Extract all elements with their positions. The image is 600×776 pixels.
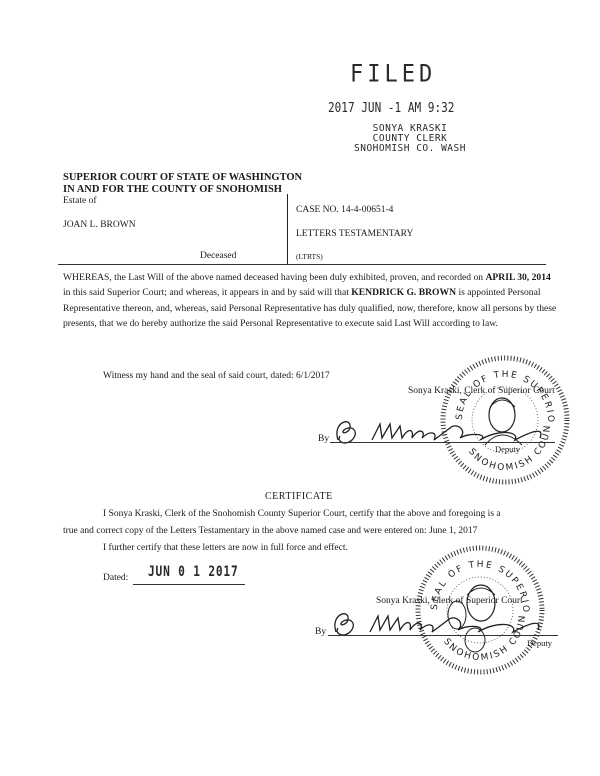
decedent-name: JOAN L. BROWN <box>63 220 136 230</box>
body-text: in this said Superior Court; and whereas… <box>63 287 351 298</box>
signature-line <box>328 635 558 636</box>
dated-line <box>133 584 245 585</box>
deputy-label: Deputy <box>495 444 520 454</box>
certificate-line: I further certify that these letters are… <box>103 543 348 553</box>
witness-statement: Witness my hand and the seal of said cou… <box>103 371 330 381</box>
court-name: SUPERIOR COURT OF STATE OF WASHINGTON <box>63 172 302 184</box>
document-code: (LTRTS) <box>296 252 323 261</box>
by-label: By <box>315 627 326 637</box>
deputy-label: Deputy <box>527 638 552 648</box>
certificate-line: I Sonya Kraski, Clerk of the Snohomish C… <box>103 509 501 519</box>
estate-of-label: Estate of <box>63 196 97 206</box>
by-label: By <box>318 434 329 444</box>
body-text: WHEREAS, the Last Will of the above name… <box>63 272 486 283</box>
certificate-line: true and correct copy of the Letters Tes… <box>63 526 477 536</box>
will-recorded-date: APRIL 30, 2014 <box>486 272 551 283</box>
letters-body: WHEREAS, the Last Will of the above name… <box>63 270 558 331</box>
deceased-label: Deceased <box>200 251 236 261</box>
document-title: LETTERS TESTAMENTARY <box>296 229 413 239</box>
signature-line <box>330 442 555 443</box>
dated-label: Dated: <box>103 573 128 583</box>
clerk-signature-line: Sonya Kraski, Clerk of Superior Court <box>408 386 555 396</box>
caption-divider <box>287 194 288 264</box>
dated-stamp: JUN 0 1 2017 <box>148 564 239 580</box>
personal-representative-name: KENDRICK G. BROWN <box>351 287 456 298</box>
certificate-title: CERTIFICATE <box>265 491 333 502</box>
filed-stamp: FILED <box>350 61 436 89</box>
court-header: SUPERIOR COURT OF STATE OF WASHINGTON IN… <box>63 172 302 195</box>
case-number: CASE NO. 14-4-00651-4 <box>296 205 393 215</box>
filing-clerk-block: SONYA KRASKI COUNTY CLERK SNOHOMISH CO. … <box>354 124 466 154</box>
court-county: IN AND FOR THE COUNTY OF SNOHOMISH <box>63 184 302 196</box>
filing-clerk-county: SNOHOMISH CO. WASH <box>354 144 466 154</box>
filed-datetime: 2017 JUN -1 AM 9:32 <box>328 101 454 116</box>
caption-rule <box>58 264 546 265</box>
